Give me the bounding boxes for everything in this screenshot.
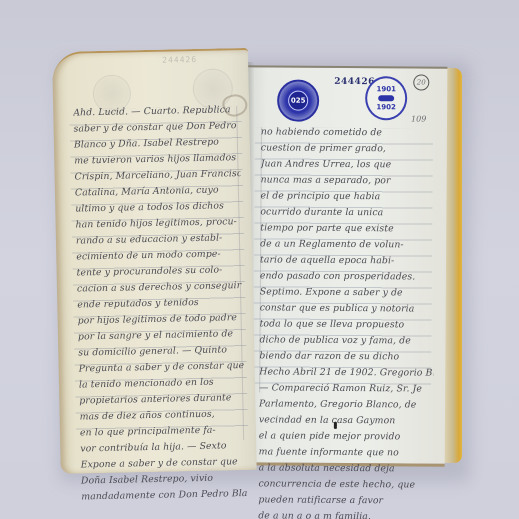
text-line: vecindad en la casa Gaymon <box>259 412 433 429</box>
text-line: a la absoluta necesidad deja <box>259 460 433 477</box>
text-line: endo pasado con prosperidades. <box>260 268 434 285</box>
text-line: de a un Reglamento de volun- <box>260 236 434 253</box>
text-line: biendo dar razon de su dicho <box>259 348 433 365</box>
text-line: toda lo que se lleva propuesto <box>260 316 434 333</box>
text-line: Juan Andres Urrea, los que <box>261 156 435 173</box>
seal-bottom-year: 1902 <box>376 102 396 112</box>
handwritten-text: no habiendo cometido de cuestion de prim… <box>258 124 435 519</box>
text-line: Septimo. Expone a saber y de <box>260 284 434 301</box>
bleed-through-number: 244426 <box>162 55 197 65</box>
text-line: el a quien pide mejor provido <box>259 428 433 445</box>
photo-scene: 025 244426 1901 1902 20 109 no habiendo … <box>0 0 519 519</box>
text-line: constar que es publica y notoria <box>260 300 434 317</box>
right-page: 025 244426 1901 1902 20 109 no habiendo … <box>245 65 448 466</box>
text-line: nunca mas a separado, por <box>261 172 435 189</box>
year-seal-icon: 1901 1902 <box>365 76 407 120</box>
text-line: — Compareció Ramon Ruiz, Sr. Je <box>259 380 433 397</box>
text-line: ocurrido durante la unica <box>260 204 434 221</box>
handwritten-text: Ahd. Lucid. — Cuarto. Republica saber y … <box>73 102 247 505</box>
left-page: 244426 Ahd. Lucid. — Cuarto. Republica s… <box>52 48 257 474</box>
text-line: tiempo por parte que existe <box>260 220 434 237</box>
text-line: cuestion de primer grado, <box>261 140 435 157</box>
text-line: dicho de publica voz y fama, de <box>259 332 433 349</box>
text-line: el de principio que habia <box>260 188 434 205</box>
text-line: Parlamento, Gregorio Blanco, de <box>259 396 433 413</box>
seal-top-year: 1901 <box>376 84 396 94</box>
seal-emblem-icon <box>378 95 394 101</box>
stamp-value: 025 <box>288 91 308 111</box>
text-line: ma fuente informante que no <box>259 444 433 461</box>
text-line: pueden ratificarse a favor <box>258 492 432 509</box>
text-line: mandadamente con Don Pedro Blanco <box>81 486 247 505</box>
revenue-stamp-icon: 025 <box>277 80 319 122</box>
ink-blot <box>334 422 337 429</box>
text-line: no habiendo cometido de <box>261 124 435 141</box>
text-line: de a un a o a m familia. <box>258 508 432 519</box>
folio-number: 109 <box>411 114 426 123</box>
circled-page-number: 20 <box>413 74 429 90</box>
text-line: tario de aquella epoca habi- <box>260 252 434 269</box>
text-line: Hecho Abril 21 de 1902. Gregorio Blanco <box>259 364 433 381</box>
text-line: concurrencia de este hecho, que <box>258 476 432 493</box>
